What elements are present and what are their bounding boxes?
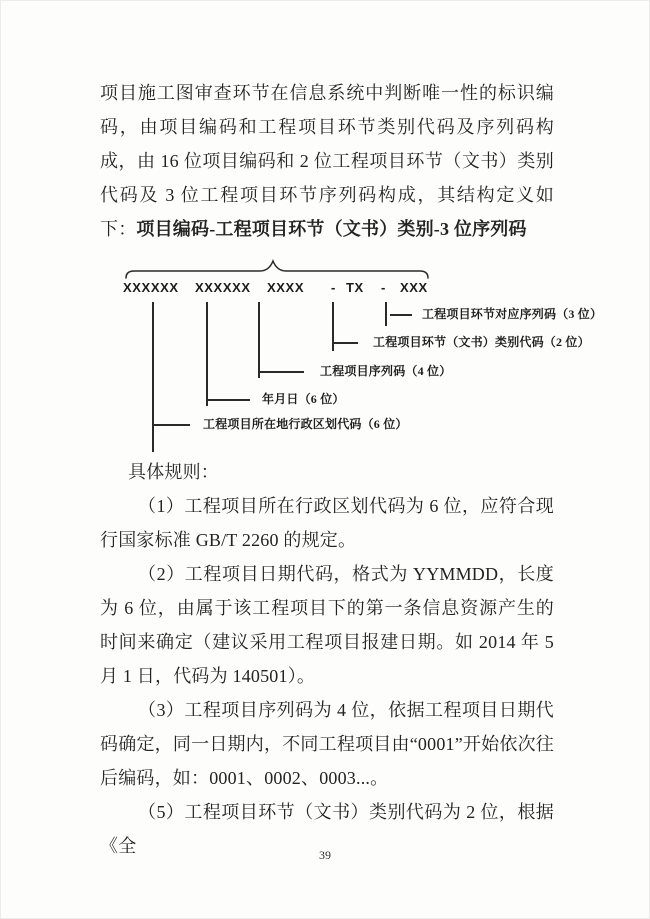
rules-title: 具体规则：	[100, 455, 554, 489]
connector-hline	[259, 371, 304, 373]
code-segment-project-serial: XXXX	[267, 280, 304, 295]
connector-vline	[206, 302, 208, 406]
connector-hline	[390, 314, 412, 316]
code-segment-link-serial: XXX	[400, 280, 428, 295]
page-number: 39	[0, 848, 650, 863]
label-link-serial-code: 工程项目环节对应序列码（3 位）	[422, 307, 602, 321]
code-segment-region: XXXXXX	[123, 280, 179, 295]
code-structure-diagram: XXXXXX XXXXXX XXXX - TX - XXX 工程项目环节对应序列…	[0, 255, 650, 455]
rules-section: 具体规则： （1）工程项目所在行政区划代码为 6 位，应符合现行国家标准 GB/…	[100, 455, 554, 863]
rule-item-1: （1）工程项目所在行政区划代码为 6 位，应符合现行国家标准 GB/T 2260…	[100, 489, 554, 557]
label-project-serial-code: 工程项目序列码（4 位）	[320, 364, 451, 378]
rule-item-3: （3）工程项目序列码为 4 位，依据工程项目日期代码确定，同一日期内，不同工程项…	[100, 693, 554, 795]
intro-paragraph: 项目施工图审查环节在信息系统中判断唯一性的标识编码，由项目编码和工程项目环节类别…	[100, 76, 554, 246]
connector-vline	[332, 302, 334, 351]
label-admin-division-code: 工程项目所在地行政区划代码（6 位）	[203, 417, 408, 431]
code-dash-icon: -	[331, 280, 336, 295]
connector-hline	[207, 399, 250, 401]
intro-text: 项目施工图审查环节在信息系统中判断唯一性的标识编码，由项目编码和工程项目环节类别…	[100, 83, 554, 239]
connector-vline	[385, 302, 387, 326]
code-dash-icon: -	[381, 280, 386, 295]
document-page: 项目施工图审查环节在信息系统中判断唯一性的标识编码，由项目编码和工程项目环节类别…	[0, 0, 650, 919]
label-date-code: 年月日（6 位）	[262, 392, 345, 406]
connector-vline	[258, 302, 260, 378]
rule-item-2: （2）工程项目日期代码，格式为 YYMMDD，长度为 6 位，由属于该工程项目下…	[100, 557, 554, 693]
brace-icon	[120, 256, 434, 282]
code-segment-date: XXXXXX	[195, 280, 251, 295]
intro-bold-definition: 项目编码-工程项目环节（文书）类别-3 位序列码	[136, 219, 526, 239]
code-segment-tx: TX	[346, 280, 364, 295]
connector-hline	[153, 424, 190, 426]
connector-hline	[333, 342, 358, 344]
connector-vline	[152, 302, 154, 452]
intro-paragraph-text: 项目施工图审查环节在信息系统中判断唯一性的标识编码，由项目编码和工程项目环节类别…	[100, 76, 554, 246]
label-doc-category-code: 工程项目环节（文书）类别代码（2 位）	[373, 335, 590, 349]
